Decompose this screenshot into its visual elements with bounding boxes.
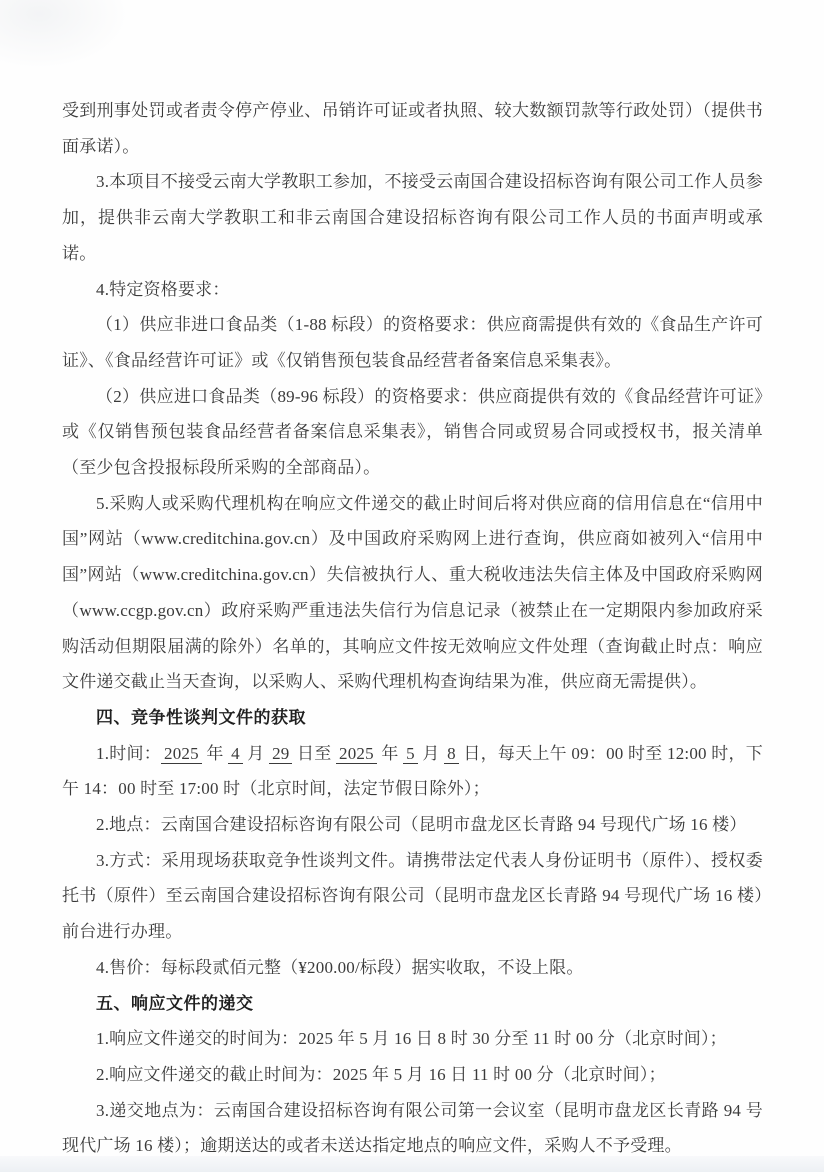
time-sep4: 年: [377, 744, 403, 763]
paragraph-obtain-location: 2.地点：云南国合建设招标咨询有限公司（昆明市盘龙区长青路 94 号现代广场 1…: [62, 807, 763, 843]
section4-heading: 四、竞争性谈判文件的获取: [62, 700, 763, 736]
paragraph-item4-sub2: （2）供应进口食品类（89-96 标段）的资格要求：供应商提供有效的《食品经营许…: [62, 379, 763, 486]
date-to-year: 2025: [336, 744, 377, 764]
paragraph-submit-time: 1.响应文件递交的时间为：2025 年 5 月 16 日 8 时 30 分至 1…: [62, 1021, 763, 1057]
time-sep2: 月: [243, 744, 269, 763]
date-to-month: 5: [403, 744, 418, 764]
paragraph-continuation: 受到刑事处罚或者责令停产停业、吊销许可证或者执照、较大数额罚款等行政处罚）（提供…: [62, 93, 763, 164]
date-from-day: 29: [269, 744, 292, 764]
scan-edge-shadow: [0, 1156, 824, 1172]
date-to-day: 8: [444, 744, 459, 764]
paragraph-item4-sub1: （1）供应非进口食品类（1-88 标段）的资格要求：供应商需提供有效的《食品生产…: [62, 307, 763, 378]
paragraph-submit-deadline: 2.响应文件递交的截止时间为：2025 年 5 月 16 日 11 时 00 分…: [62, 1057, 763, 1093]
paragraph-item5: 5.采购人或采购代理机构在响应文件递交的截止时间后将对供应商的信用信息在“信用中…: [62, 486, 763, 700]
paragraph-item3: 3.本项目不接受云南大学教职工参加，不接受云南国合建设招标咨询有限公司工作人员参…: [62, 164, 763, 271]
time-prefix: 1.时间：: [96, 744, 161, 763]
date-from-year: 2025: [161, 744, 202, 764]
paragraph-submit-location: 3.递交地点为：云南国合建设招标咨询有限公司第一会议室（昆明市盘龙区长青路 94…: [62, 1093, 763, 1164]
time-sep1: 年: [202, 744, 228, 763]
document-page: 受到刑事处罚或者责令停产停业、吊销许可证或者执照、较大数额罚款等行政处罚）（提供…: [0, 0, 824, 1172]
paragraph-obtain-method: 3.方式：采用现场获取竞争性谈判文件。请携带法定代表人身份证明书（原件）、授权委…: [62, 843, 763, 950]
document-content: 受到刑事处罚或者责令停产停业、吊销许可证或者执照、较大数额罚款等行政处罚）（提供…: [62, 93, 763, 1164]
paragraph-obtain-price: 4.售价：每标段贰佰元整（¥200.00/标段）据实收取，不设上限。: [62, 950, 763, 986]
time-sep3: 日至: [292, 744, 336, 763]
time-sep5: 月: [418, 744, 444, 763]
date-from-month: 4: [228, 744, 243, 764]
paragraph-item4: 4.特定资格要求：: [62, 272, 763, 308]
section5-heading: 五、响应文件的递交: [62, 986, 763, 1022]
paragraph-obtain-time: 1.时间：2025 年 4 月 29 日至 2025 年 5 月 8 日，每天上…: [62, 736, 763, 807]
scan-smudge: [0, 0, 130, 70]
